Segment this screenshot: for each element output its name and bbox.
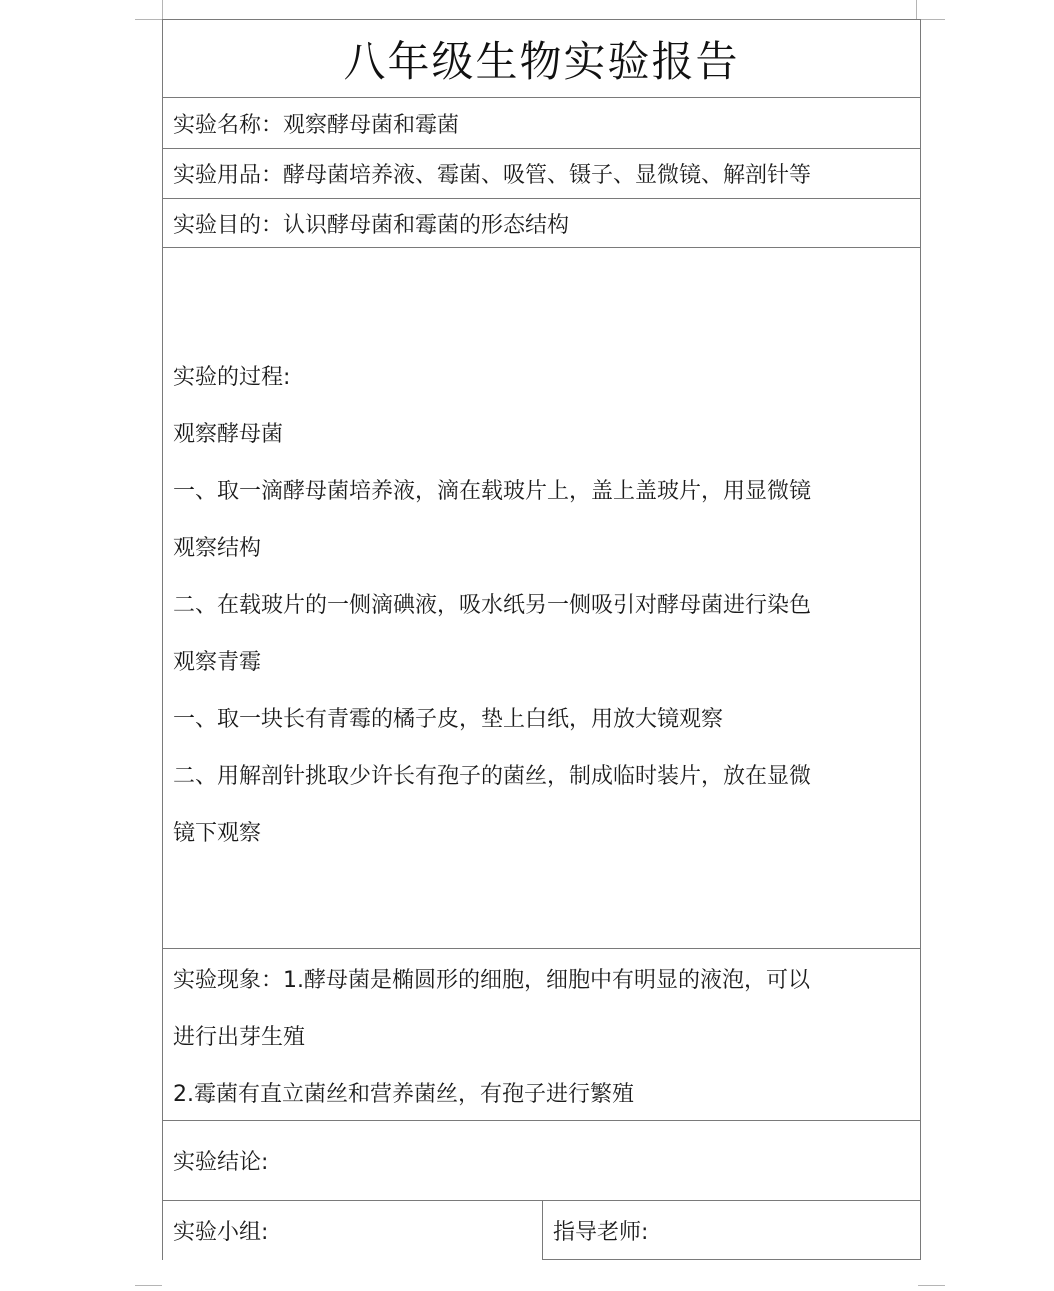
experiment-purpose: 实验目的：认识酵母菌和霉菌的形态结构: [162, 198, 921, 247]
experiment-group: 实验小组:: [162, 1200, 542, 1260]
page-corner-mark-bottom-left: [135, 1285, 162, 1286]
signature-row: 实验小组: 指导老师:: [162, 1200, 921, 1260]
experiment-process: 实验的过程: 观察酵母菌 一、取一滴酵母菌培养液，滴在载玻片上，盖上盖玻片，用显…: [162, 247, 921, 948]
experiment-supplies: 实验用品：酵母菌培养液、霉菌、吸管、镊子、显微镜、解剖针等: [162, 148, 921, 198]
process-step: 二、用解剖针挑取少许长有孢子的菌丝，制成临时装片，放在显微: [173, 757, 811, 814]
process-step-cont: 观察结构: [173, 529, 811, 586]
instructor: 指导老师:: [542, 1200, 921, 1260]
observation-line: 实验现象：1.酵母菌是椭圆形的细胞，细胞中有明显的液泡，可以: [173, 961, 810, 1018]
page-corner-mark-bottom-right: [918, 1285, 945, 1286]
process-subheading-penicillium: 观察青霉: [173, 643, 811, 700]
observation-line: 进行出芽生殖: [173, 1018, 810, 1075]
experiment-conclusion: 实验结论:: [162, 1120, 921, 1200]
page-corner-mark-top-right-h: [921, 19, 945, 20]
process-subheading-yeast: 观察酵母菌: [173, 415, 811, 472]
page-corner-mark-top-left-v: [162, 0, 163, 19]
process-step: 一、取一滴酵母菌培养液，滴在载玻片上，盖上盖玻片，用显微镜: [173, 472, 811, 529]
experiment-name: 实验名称：观察酵母菌和霉菌: [162, 97, 921, 148]
page-corner-mark-top-left-h: [135, 19, 162, 20]
process-step: 一、取一块长有青霉的橘子皮，垫上白纸，用放大镜观察: [173, 700, 811, 757]
page-corner-mark-top-right-v: [916, 0, 917, 19]
process-heading: 实验的过程:: [173, 358, 811, 415]
process-step: 二、在载玻片的一侧滴碘液，吸水纸另一侧吸引对酵母菌进行染色: [173, 586, 811, 643]
experiment-observation: 实验现象：1.酵母菌是椭圆形的细胞，细胞中有明显的液泡，可以 进行出芽生殖 2.…: [162, 948, 921, 1120]
report-title: 八年级生物实验报告: [162, 19, 921, 97]
process-step-cont: 镜下观察: [173, 814, 811, 871]
